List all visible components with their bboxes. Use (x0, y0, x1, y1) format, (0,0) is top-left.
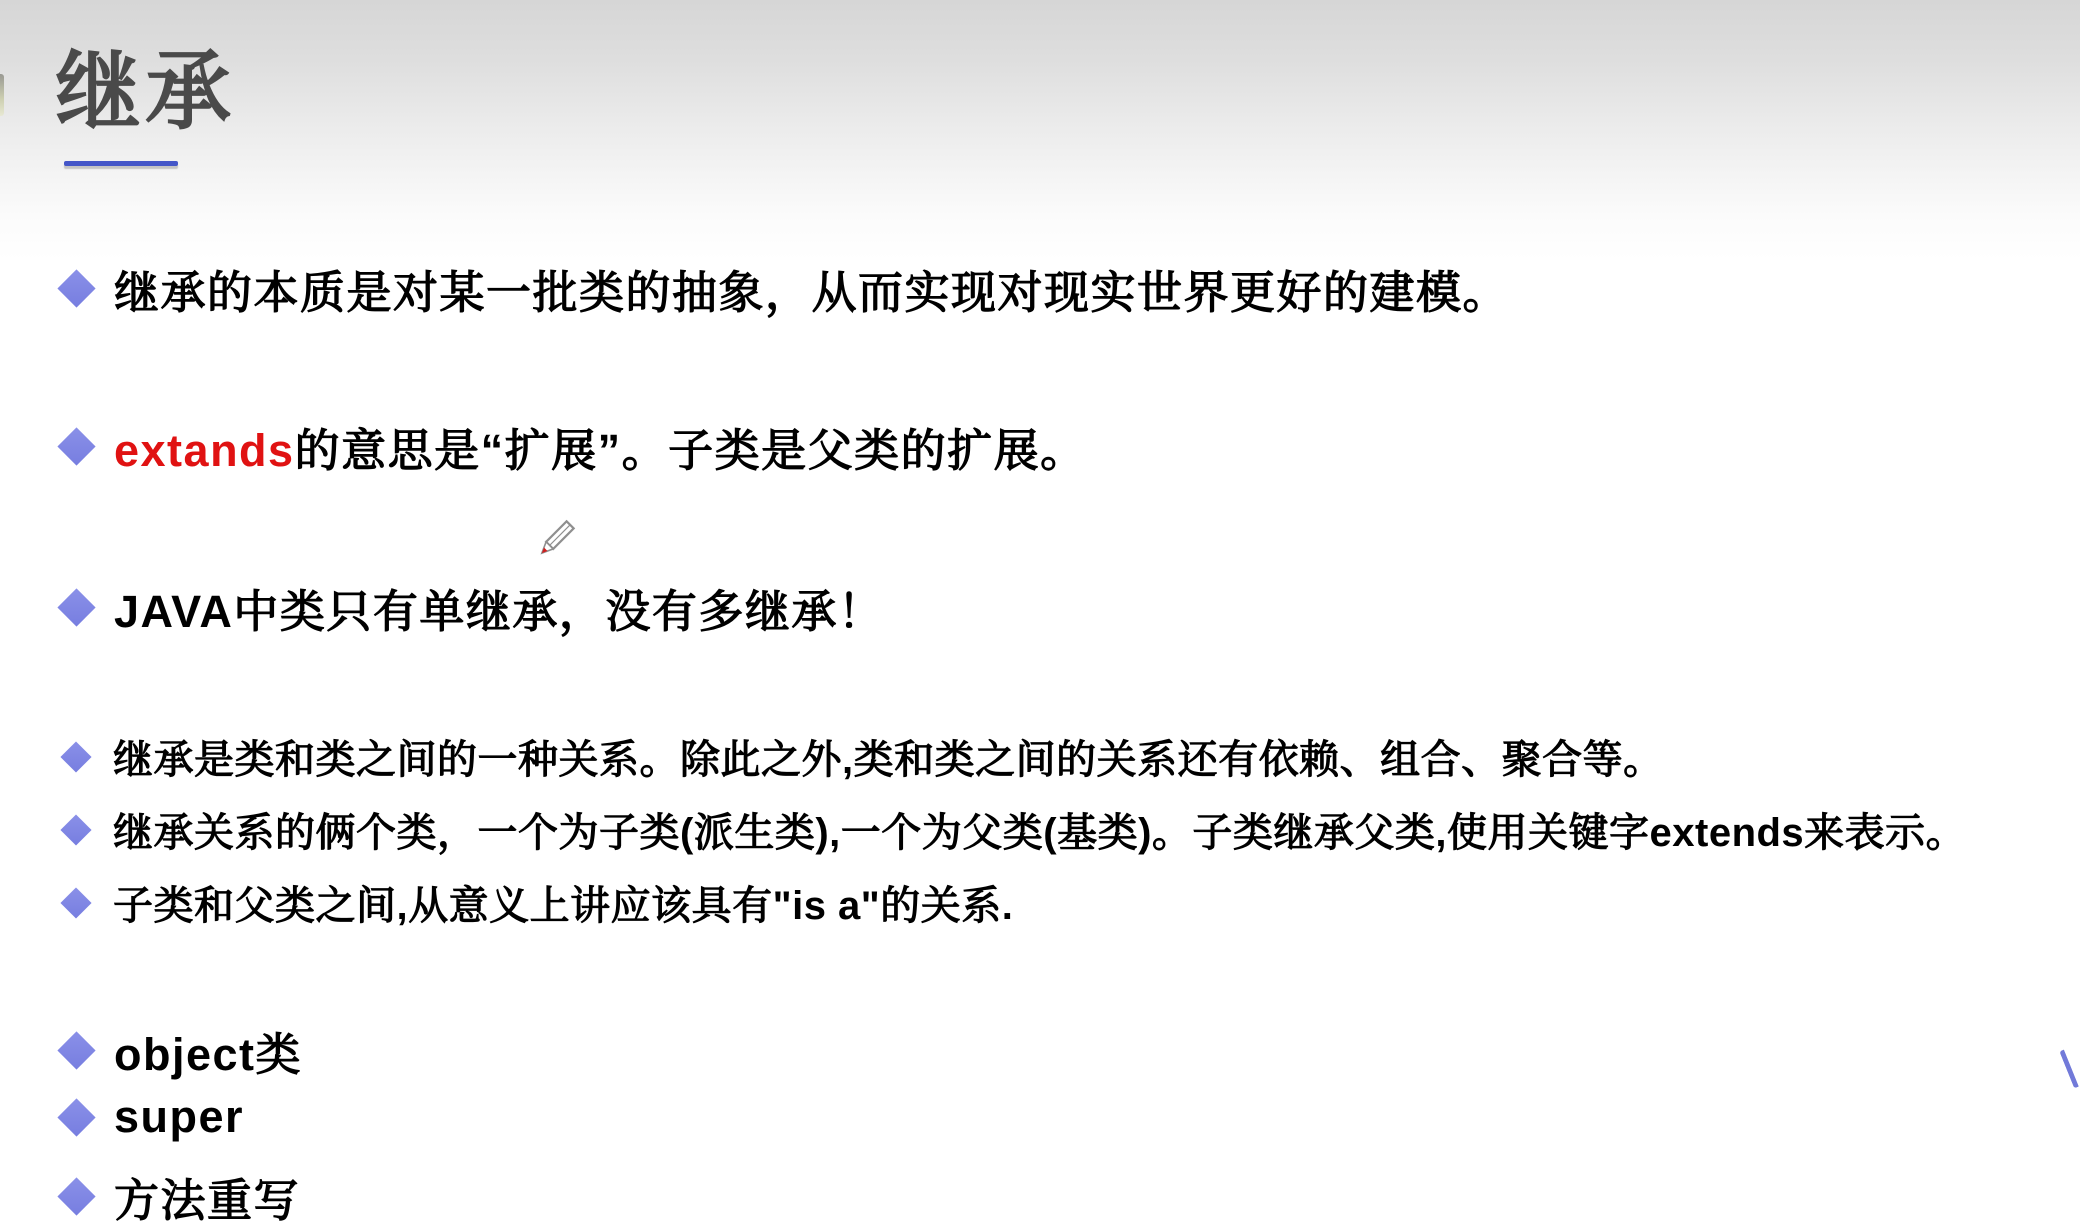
bullet-row: 继承是类和类之间的一种关系。除此之外,类和类之间的关系还有依赖、组合、聚合等。 (57, 728, 1664, 785)
diamond-bullet-icon (60, 741, 91, 772)
bullet-text: 子类和父类之间,从意义上讲应该具有"is a"的关系. (113, 874, 1013, 931)
diamond-bullet-icon (57, 269, 95, 307)
diamond-bullet-icon (57, 1031, 95, 1069)
bullet-row: extands的意思是“扩展”。子类是父类的扩展。 (57, 414, 1087, 479)
diamond-bullet-icon (57, 1098, 95, 1136)
bullet-text: 方法重写 (114, 1164, 300, 1229)
slide-canvas: 继承 继承的本质是对某一批类的抽象，从而实现对现实世界更好的建模。 extand… (0, 0, 2080, 1229)
diamond-bullet-icon (60, 814, 91, 845)
bullet-row: 继承的本质是对某一批类的抽象，从而实现对现实世界更好的建模。 (57, 256, 1509, 321)
bullet-row: 方法重写 (57, 1164, 300, 1229)
pencil-cursor-icon (535, 516, 577, 562)
diamond-bullet-icon (60, 887, 91, 918)
page-title: 继承 (55, 22, 235, 146)
diamond-bullet-icon (57, 588, 95, 626)
bullet-row: 子类和父类之间,从意义上讲应该具有"is a"的关系. (57, 874, 1013, 931)
bullet-text: object类 (114, 1018, 302, 1083)
right-edge-mark (2059, 1044, 2080, 1089)
bullet-row: object类 (57, 1018, 302, 1083)
bullet-text: JAVA中类只有单继承，没有多继承！ (114, 575, 884, 640)
bullet-text: 的意思是“扩展”。子类是父类的扩展。 (295, 425, 1087, 476)
title-underline (64, 161, 178, 166)
bullet-row: super (57, 1091, 244, 1143)
diamond-bullet-icon (57, 1177, 95, 1215)
bullet-text: 继承关系的俩个类，一个为子类(派生类),一个为父类(基类)。子类继承父类,使用关… (113, 801, 1966, 858)
diamond-bullet-icon (57, 427, 95, 465)
left-edge-artifact (0, 74, 4, 116)
bullet-text: super (114, 1091, 244, 1143)
bullet-text: 继承是类和类之间的一种关系。除此之外,类和类之间的关系还有依赖、组合、聚合等。 (113, 728, 1664, 785)
keyword-extands: extands (114, 425, 295, 476)
bullet-row: 继承关系的俩个类，一个为子类(派生类),一个为父类(基类)。子类继承父类,使用关… (57, 801, 1966, 858)
bullet-row: JAVA中类只有单继承，没有多继承！ (57, 575, 884, 640)
bullet-text: 继承的本质是对某一批类的抽象，从而实现对现实世界更好的建模。 (114, 256, 1509, 321)
